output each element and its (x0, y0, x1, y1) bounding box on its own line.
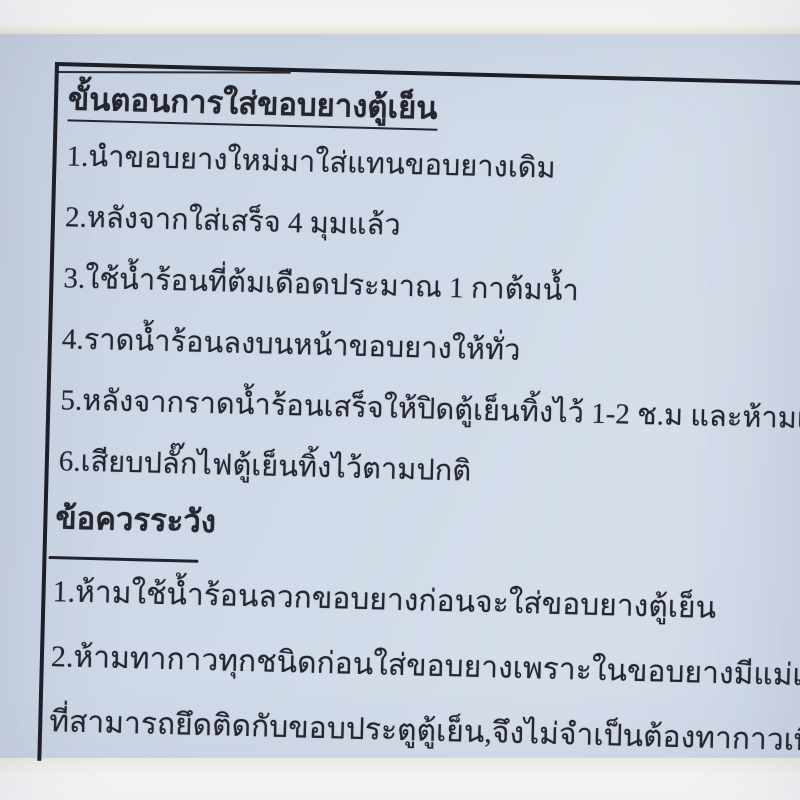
document-content: ขั้นตอนการใส่ขอบยางตู้เย็น 1.นำขอบยางใหม… (47, 72, 800, 777)
paper-top-margin (0, 0, 800, 34)
document-title-text: ขั้นตอนการใส่ขอบยางตู้เย็น (68, 81, 438, 130)
document-sheet: ขั้นตอนการใส่ขอบยางตู้เย็น 1.นำขอบยางใหม… (37, 62, 800, 788)
document-photo: ขั้นตอนการใส่ขอบยางตู้เย็น 1.นำขอบยางใหม… (0, 0, 800, 800)
